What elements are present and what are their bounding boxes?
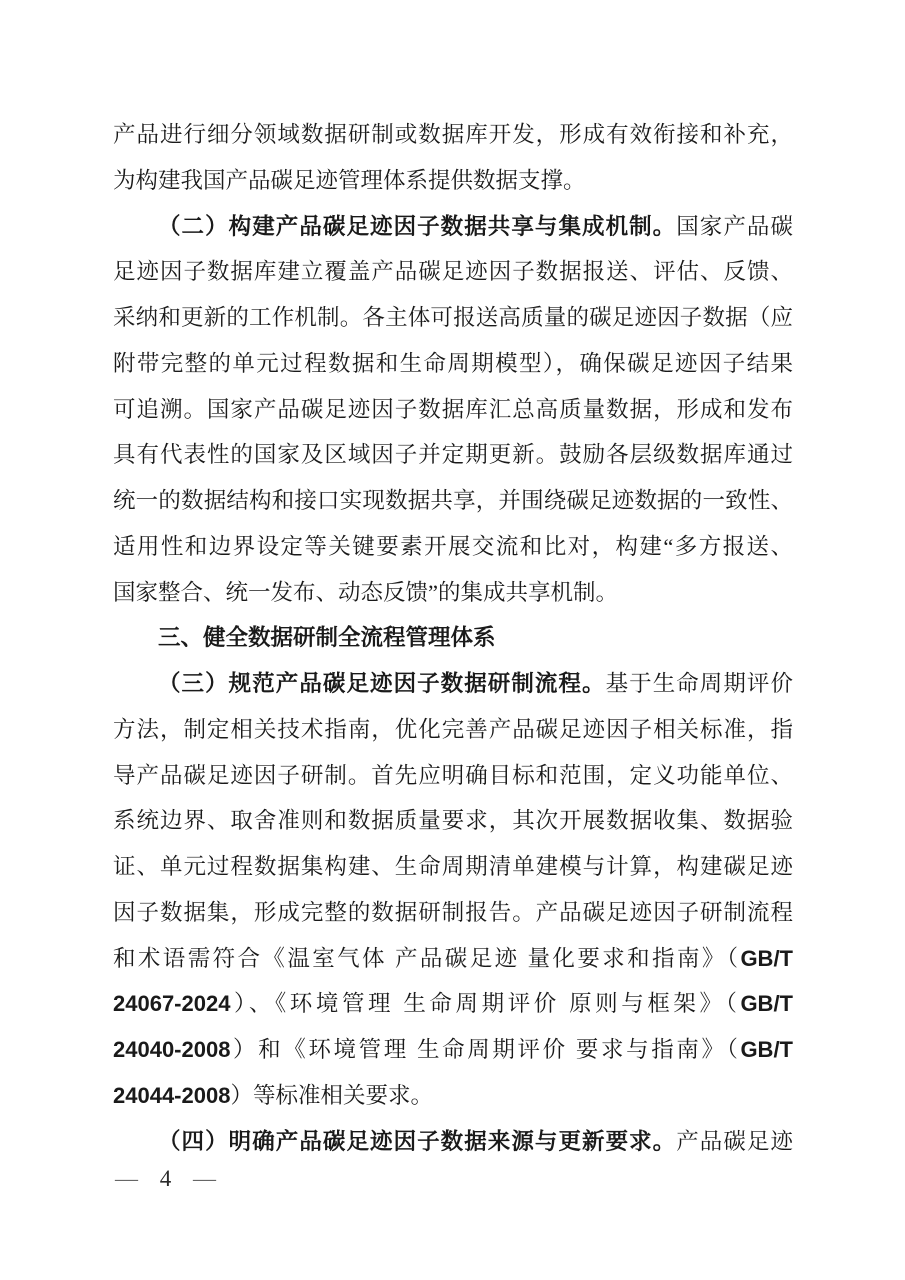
body-text: ）、《环境管理 生命周期评价 原则与框架》（ xyxy=(230,991,740,1016)
body-text: 附带完整的单元过程数据和生命周期模型），确保碳足迹因子结果 xyxy=(113,351,793,376)
body-text: ）等标准相关要求。 xyxy=(230,1083,433,1108)
clause-lead-text: （四）明确产品碳足迹因子数据来源与更新要求。 xyxy=(158,1129,676,1154)
standard-code-text: 24040-2008 xyxy=(113,1037,230,1062)
footer-dash-left: — xyxy=(115,1166,138,1191)
text-block: 产品进行细分领域数据研制或数据库开发，形成有效衔接和补充，为构建我国产品碳足迹管… xyxy=(113,112,793,1164)
clause-lead-text: （二）构建产品碳足迹因子数据共享与集成机制。 xyxy=(158,214,676,239)
footer-page-number: 4 xyxy=(160,1166,172,1191)
body-text: 导产品碳足迹因子研制。首先应明确目标和范围，定义功能单位、 xyxy=(113,763,793,788)
body-text: 适用性和边界设定等关键要素开展交流和比对，构建“多方报送、 xyxy=(113,534,793,559)
body-text: 国家整合、统一发布、动态反馈”的集成共享机制。 xyxy=(113,580,618,605)
body-text: 足迹因子数据库建立覆盖产品碳足迹因子数据报送、评估、反馈、 xyxy=(113,259,793,284)
section-heading-text: 三、健全数据研制全流程管理体系 xyxy=(158,625,496,650)
standard-code-text: 24067-2024 xyxy=(113,991,230,1016)
text-line: 方法，制定相关技术指南，优化完善产品碳足迹因子相关标准，指 xyxy=(113,707,793,753)
text-line: 和术语需符合《温室气体 产品碳足迹 量化要求和指南》（GB/T xyxy=(113,936,793,982)
text-line: 导产品碳足迹因子研制。首先应明确目标和范围，定义功能单位、 xyxy=(113,753,793,799)
body-text: 因子数据集，形成完整的数据研制报告。产品碳足迹因子研制流程 xyxy=(113,900,793,925)
text-line: 附带完整的单元过程数据和生命周期模型），确保碳足迹因子结果 xyxy=(113,341,793,387)
text-line: 因子数据集，形成完整的数据研制报告。产品碳足迹因子研制流程 xyxy=(113,890,793,936)
page-footer: — 4 — xyxy=(115,1163,216,1195)
standard-code-text: GB/T xyxy=(740,946,793,971)
clause-lead-text: （三）规范产品碳足迹因子数据研制流程。 xyxy=(158,671,606,696)
text-line: （三）规范产品碳足迹因子数据研制流程。基于生命周期评价 xyxy=(113,661,793,707)
standard-code-text: GB/T xyxy=(740,991,793,1016)
body-text: 采纳和更新的工作机制。各主体可报送高质量的碳足迹因子数据（应 xyxy=(113,305,793,330)
text-line: 采纳和更新的工作机制。各主体可报送高质量的碳足迹因子数据（应 xyxy=(113,295,793,341)
text-line: 统一的数据结构和接口实现数据共享，并围绕碳足迹数据的一致性、 xyxy=(113,478,793,524)
text-line: 产品进行细分领域数据研制或数据库开发，形成有效衔接和补充， xyxy=(113,112,793,158)
body-text: 可追溯。国家产品碳足迹因子数据库汇总高质量数据，形成和发布 xyxy=(113,397,793,422)
text-line: 足迹因子数据库建立覆盖产品碳足迹因子数据报送、评估、反馈、 xyxy=(113,249,793,295)
body-text: 基于生命周期评价 xyxy=(606,671,793,696)
standard-code-text: 24044-2008 xyxy=(113,1083,230,1108)
text-line: （二）构建产品碳足迹因子数据共享与集成机制。国家产品碳 xyxy=(113,204,793,250)
footer-dash-right: — xyxy=(193,1166,216,1191)
body-text: 和术语需符合《温室气体 产品碳足迹 量化要求和指南》（ xyxy=(113,946,740,971)
body-text: 产品碳足迹 xyxy=(676,1129,793,1154)
text-line: 24040-2008）和《环境管理 生命周期评价 要求与指南》（GB/T xyxy=(113,1027,793,1073)
text-line: 24067-2024）、《环境管理 生命周期评价 原则与框架》（GB/T xyxy=(113,981,793,1027)
body-text: 方法，制定相关技术指南，优化完善产品碳足迹因子相关标准，指 xyxy=(113,717,793,742)
text-line: 具有代表性的国家及区域因子并定期更新。鼓励各层级数据库通过 xyxy=(113,432,793,478)
body-text: 为构建我国产品碳足迹管理体系提供数据支撑。 xyxy=(113,168,586,193)
body-text: 统一的数据结构和接口实现数据共享，并围绕碳足迹数据的一致性、 xyxy=(113,488,793,513)
body-text: 证、单元过程数据集构建、生命周期清单建模与计算，构建碳足迹 xyxy=(113,854,793,879)
text-line: 适用性和边界设定等关键要素开展交流和比对，构建“多方报送、 xyxy=(113,524,793,570)
text-line: 可追溯。国家产品碳足迹因子数据库汇总高质量数据，形成和发布 xyxy=(113,387,793,433)
text-line: 系统边界、取舍准则和数据质量要求，其次开展数据收集、数据验 xyxy=(113,798,793,844)
text-line: 证、单元过程数据集构建、生命周期清单建模与计算，构建碳足迹 xyxy=(113,844,793,890)
body-text: 系统边界、取舍准则和数据质量要求，其次开展数据收集、数据验 xyxy=(113,808,793,833)
text-line: 为构建我国产品碳足迹管理体系提供数据支撑。 xyxy=(113,158,793,204)
body-text: 国家产品碳 xyxy=(676,214,793,239)
body-text: 产品进行细分领域数据研制或数据库开发，形成有效衔接和补充， xyxy=(113,122,793,147)
text-line: 国家整合、统一发布、动态反馈”的集成共享机制。 xyxy=(113,570,793,616)
text-line: 三、健全数据研制全流程管理体系 xyxy=(113,615,793,661)
body-text: 具有代表性的国家及区域因子并定期更新。鼓励各层级数据库通过 xyxy=(113,442,793,467)
document-page: 产品进行细分领域数据研制或数据库开发，形成有效衔接和补充，为构建我国产品碳足迹管… xyxy=(0,0,905,1280)
text-line: 24044-2008）等标准相关要求。 xyxy=(113,1073,793,1119)
text-line: （四）明确产品碳足迹因子数据来源与更新要求。产品碳足迹 xyxy=(113,1119,793,1165)
body-text: ）和《环境管理 生命周期评价 要求与指南》（ xyxy=(230,1037,740,1062)
standard-code-text: GB/T xyxy=(740,1037,793,1062)
